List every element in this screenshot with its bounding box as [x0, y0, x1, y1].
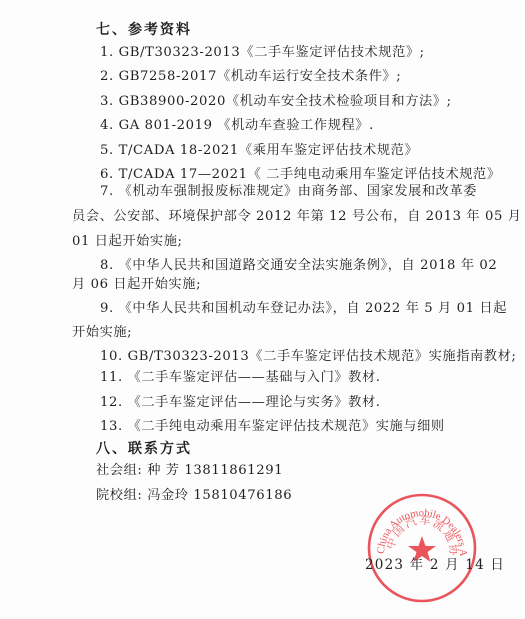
reference-item-8-cont: 月 06 日起开始实施;: [72, 277, 201, 293]
reference-item-7-cont: 01 日起开始实施;: [72, 234, 183, 250]
reference-item-9-cont: 开始实施;: [72, 325, 132, 341]
reference-item-10: 10. GB/T30323-2013《二手车鉴定评估技术规范》实施指南教材;: [100, 349, 516, 365]
reference-item-9: 9. 《中华人民共和国机动车登记办法》，自 2022 年 5 月 01 日起: [100, 301, 507, 317]
reference-item-3: 3. GB38900-2020《机动车安全技术检验项目和方法》;: [100, 94, 452, 110]
document-date: 2023 年 2 月 14 日: [365, 553, 505, 573]
official-seal: China Automobile Dealers Association 中国汽…: [366, 492, 478, 604]
section-heading-references: 七、参考资料: [96, 22, 192, 38]
reference-item-7-cont: 员会、公安部、环境保护部令 2012 年第 12 号公布，自 2013 年 05…: [72, 209, 522, 225]
seal-icon: China Automobile Dealers Association 中国汽…: [366, 492, 478, 604]
reference-item-1: 1. GB/T30323-2013《二手车鉴定评估技术规范》;: [100, 45, 425, 61]
reference-item-13: 13. 《二手纯电动乘用车鉴定评估技术规范》实施与细则: [100, 419, 445, 435]
reference-item-11: 11. 《二手车鉴定评估——基础与入门》教材.: [100, 370, 381, 386]
document-page: 七、参考资料 1. GB/T30323-2013《二手车鉴定评估技术规范》; 2…: [0, 0, 525, 619]
reference-item-4: 4. GA 801-2019 《机动车查验工作规程》.: [100, 118, 374, 134]
contact-school-group: 院校组: 冯金玲 15810476186: [96, 488, 292, 504]
reference-item-5: 5. T/CADA 18-2021《乘用车鉴定评估技术规范》: [100, 143, 418, 159]
reference-item-7: 7. 《机动车强制报废标准规定》由商务部、国家发展和改革委: [100, 184, 477, 200]
contact-social-group: 社会组: 种 芳 13811861291: [96, 463, 283, 479]
reference-item-2: 2. GB7258-2017《机动车运行安全技术条件》;: [100, 69, 401, 85]
reference-item-6: 6. T/CADA 17—2021《 二手纯电动乘用车鉴定评估技术规范》: [100, 167, 501, 183]
reference-item-8: 8. 《中华人民共和国道路交通安全法实施条例》，自 2018 年 02: [100, 258, 497, 274]
reference-item-12: 12. 《二手车鉴定评估——理论与实务》教材.: [100, 395, 381, 411]
section-heading-contacts: 八、联系方式: [96, 441, 192, 457]
